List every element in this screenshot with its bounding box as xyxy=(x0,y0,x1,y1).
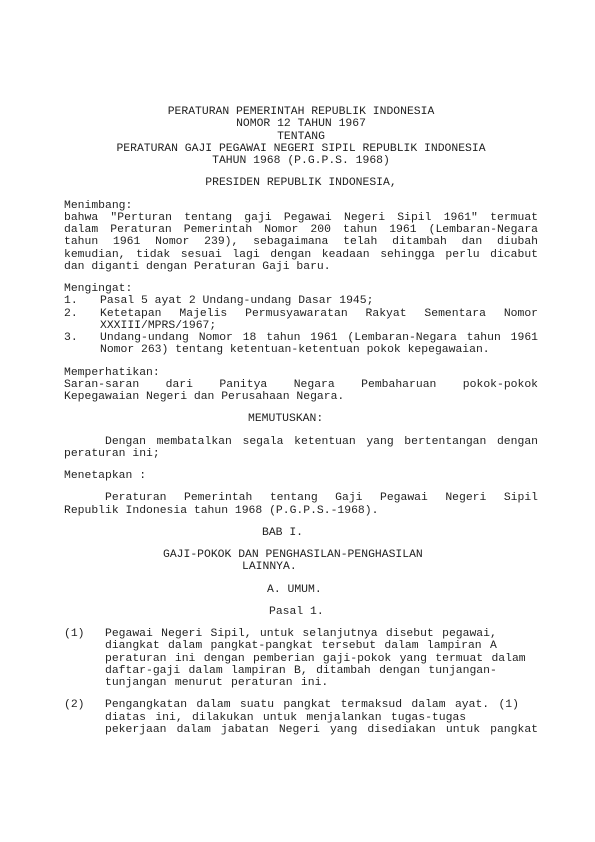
text-line: (2)Pengangkatan dalam suatu pangkat term… xyxy=(64,699,538,711)
text-line: Pasal 1. xyxy=(64,606,538,618)
text-line: (1)Pegawai Negeri Sipil, untuk selanjutn… xyxy=(64,628,538,640)
text-line: Dengan membatalkan segala ketentuan yang… xyxy=(64,436,538,448)
pasal-heading: Pasal 1. xyxy=(64,606,538,618)
text-line: Peraturan Pemerintah tentang Gaji Pegawa… xyxy=(64,492,538,504)
list-marker: (1) xyxy=(64,628,85,640)
text-line: 3.Undang-undang Nomor 18 tahun 1961 (Lem… xyxy=(64,332,538,344)
text-line: PRESIDEN REPUBLIK INDONESIA, xyxy=(64,177,538,189)
text-line: diangkat dalam pangkat-pangkat tersebut … xyxy=(64,640,538,652)
penetapan-paragraph: Peraturan Pemerintah tentang Gaji Pegawa… xyxy=(64,492,538,517)
text-line: MEMUTUSKAN: xyxy=(64,413,538,425)
text-line: GAJI-POKOK DAN PENGHASILAN-PENGHASILAN xyxy=(64,549,538,561)
text-line: dan diganti dengan Peraturan Gaji baru. xyxy=(64,261,538,273)
title-block: PERATURAN PEMERINTAH REPUBLIK INDONESIAN… xyxy=(64,106,538,167)
text-line: peraturan ini; xyxy=(64,448,538,460)
text-line: Menimbang: xyxy=(64,200,538,212)
list-marker: 3. xyxy=(64,332,78,344)
memutuskan-heading: MEMUTUSKAN: xyxy=(64,413,538,425)
text-line: A. UMUM. xyxy=(64,584,538,596)
text-line: tunjangan menurut peraturan ini. xyxy=(64,677,538,689)
list-marker: (2) xyxy=(64,699,85,711)
text-line: Memperhatikan: xyxy=(64,367,538,379)
text-line: peraturan ini dengan pemberian gaji-poko… xyxy=(64,653,538,665)
memperhatikan-section: Memperhatikan:Saran-saran dari Panitya N… xyxy=(64,367,538,404)
pembatalan-paragraph: Dengan membatalkan segala ketentuan yang… xyxy=(64,436,538,461)
text-line: 2.Ketetapan Majelis Permusyawaratan Raky… xyxy=(64,308,538,320)
presiden-heading: PRESIDEN REPUBLIK INDONESIA, xyxy=(64,177,538,189)
text-line: NOMOR 12 TAHUN 1967 xyxy=(64,118,538,130)
pasal1-ayat-2: (2)Pengangkatan dalam suatu pangkat term… xyxy=(64,699,538,736)
mengingat-section: Mengingat:1.Pasal 5 ayat 2 Undang-undang… xyxy=(64,283,538,357)
text-line: PERATURAN GAJI PEGAWAI NEGERI SIPIL REPU… xyxy=(64,143,538,155)
list-marker: 2. xyxy=(64,308,78,320)
section-a-heading: A. UMUM. xyxy=(64,584,538,596)
bab-heading: BAB I. xyxy=(64,527,538,539)
text-line: LAINNYA. xyxy=(64,561,538,573)
text-line: TAHUN 1968 (P.G.P.S. 1968) xyxy=(64,155,538,167)
text-line: pekerjaan dalam jabatan Negeri yang dise… xyxy=(64,724,538,736)
document-content: PERATURAN PEMERINTAH REPUBLIK INDONESIAN… xyxy=(64,106,538,736)
text-line: Kepegawaian Negeri dan Perusahaan Negara… xyxy=(64,391,538,403)
text-line: bahwa "Perturan tentang gaji Pegawai Neg… xyxy=(64,212,538,224)
pasal1-ayat-1: (1)Pegawai Negeri Sipil, untuk selanjutn… xyxy=(64,628,538,689)
text-line: Republik Indonesia tahun 1968 (P.G.P.S.-… xyxy=(64,505,538,517)
text-line: dalam Peraturan Pemerintah Nomor 200 tah… xyxy=(64,224,538,236)
bab-title: GAJI-POKOK DAN PENGHASILAN-PENGHASILANLA… xyxy=(64,549,538,574)
text-line: TENTANG xyxy=(64,131,538,143)
text-line: Saran-saran dari Panitya Negara Pembahar… xyxy=(64,379,538,391)
text-line: daftar-gaji dalam lampiran B, ditambah d… xyxy=(64,665,538,677)
list-marker: 1. xyxy=(64,295,78,307)
text-line: kemudian, tidak sesuai lagi dengan keada… xyxy=(64,249,538,261)
menetapkan-heading: Menetapkan : xyxy=(64,470,538,482)
text-line: PERATURAN PEMERINTAH REPUBLIK INDONESIA xyxy=(64,106,538,118)
document-page: PERATURAN PEMERINTAH REPUBLIK INDONESIAN… xyxy=(0,0,595,842)
text-line: BAB I. xyxy=(64,527,538,539)
menimbang-section: Menimbang:bahwa "Perturan tentang gaji P… xyxy=(64,200,538,274)
text-line: Mengingat: xyxy=(64,283,538,295)
text-line: Nomor 263) tentang ketentuan-ketentuan p… xyxy=(64,344,538,356)
text-line: tahun 1961 Nomor 239), sebagaimana telah… xyxy=(64,236,538,248)
text-line: diatas ini, dilakukan untuk menjalankan … xyxy=(64,712,538,724)
text-line: XXXIII/MPRS/1967; xyxy=(64,320,538,332)
text-line: 1.Pasal 5 ayat 2 Undang-undang Dasar 194… xyxy=(64,295,538,307)
text-line: Menetapkan : xyxy=(64,470,538,482)
